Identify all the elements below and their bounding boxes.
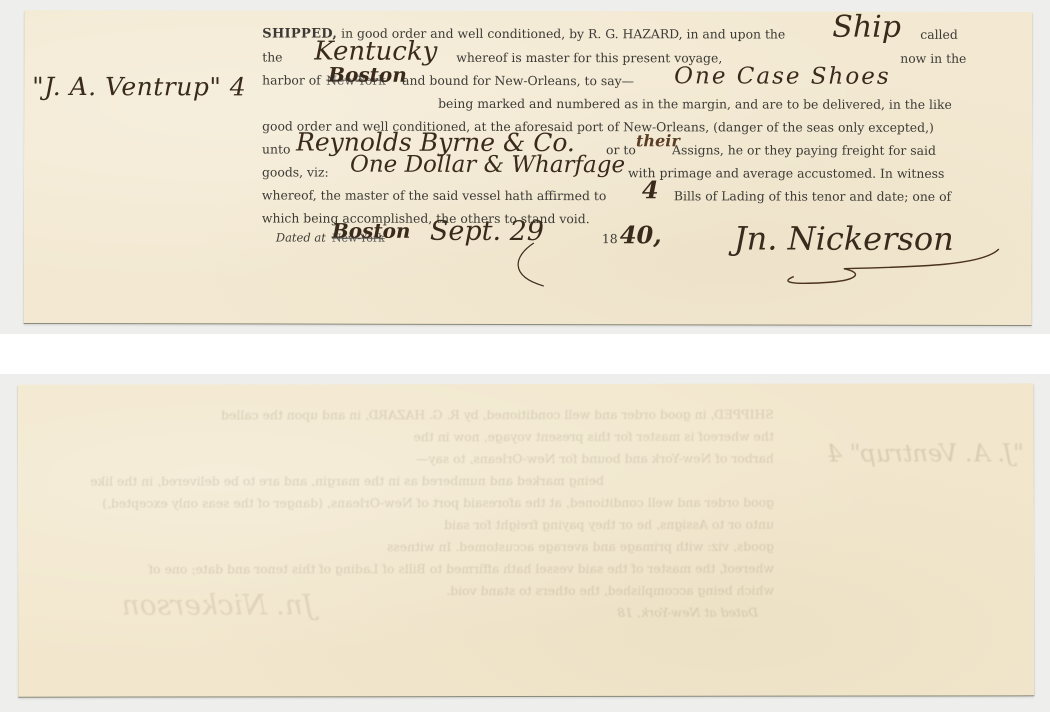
bill-count-handwritten: 4	[642, 175, 659, 204]
line-text: Assigns, he or they paying freight for s…	[672, 139, 936, 161]
bill-of-lading-back: SHIPPED, in good order and well conditio…	[18, 383, 1034, 696]
line-text: called	[920, 24, 958, 46]
line-text: now in the	[900, 48, 966, 70]
scan-gap	[0, 334, 1050, 374]
date-flourish-icon	[504, 241, 564, 291]
signature-flourish-icon	[754, 246, 1014, 292]
bleed-line: unto or to Assigns, he or they paying fr…	[444, 514, 774, 536]
bleed-line: the whereof is master for this present v…	[413, 426, 773, 448]
bleed-line: goods, viz: with primage and average acc…	[387, 536, 774, 558]
bleed-line: Dated at New-York, 18	[617, 602, 758, 624]
bleed-margin-mark: "J. A. Ventrup" 4	[827, 443, 1024, 465]
bleed-line: whereof, the master of the said vessel h…	[149, 558, 775, 580]
dated-label: Dated at	[276, 227, 326, 249]
line-text: Bills of Lading of this tenor and date; …	[674, 185, 951, 207]
cargo-handwritten: One Case Shoes	[674, 63, 891, 89]
line-text: unto	[262, 138, 290, 160]
dated-place-handwritten: Boston	[332, 219, 411, 243]
bleed-line: which being accomplished, the others to …	[446, 580, 774, 602]
bleed-through-layer: SHIPPED, in good order and well conditio…	[18, 383, 1034, 696]
vessel-type-handwritten: Ship	[832, 10, 901, 45]
bleed-line: harbor of New-York and bound for New-Orl…	[416, 448, 774, 470]
line-text: with primage and average accustomed. In …	[628, 162, 944, 184]
bleed-line: good order and well conditioned, at the …	[102, 492, 774, 514]
line-text: being marked and numbered as in the marg…	[438, 93, 952, 116]
bleed-line: being marked and numbered as in the marg…	[90, 470, 604, 492]
port-handwritten: Boston	[328, 63, 407, 87]
line-text: goods, viz:	[262, 161, 329, 183]
line-text: and bound for New-Orleans, to say—	[402, 70, 634, 92]
bleed-signature: Jn. Nickerson	[122, 594, 314, 616]
line-text: whereof, the master of the said vessel h…	[262, 184, 606, 206]
line-text: harbor of	[262, 69, 321, 91]
bill-of-lading-front: "J. A. Ventrup" 4 SHIPPED, in good order…	[24, 10, 1033, 325]
year-printed: 18	[602, 228, 618, 250]
year-handwritten: 40,	[620, 220, 662, 249]
line-text: the	[262, 46, 282, 68]
margin-mark: "J. A. Ventrup" 4	[32, 72, 246, 101]
bleed-line: SHIPPED, in good order and well conditio…	[221, 404, 774, 426]
freight-handwritten: One Dollar & Wharfage	[350, 152, 625, 179]
